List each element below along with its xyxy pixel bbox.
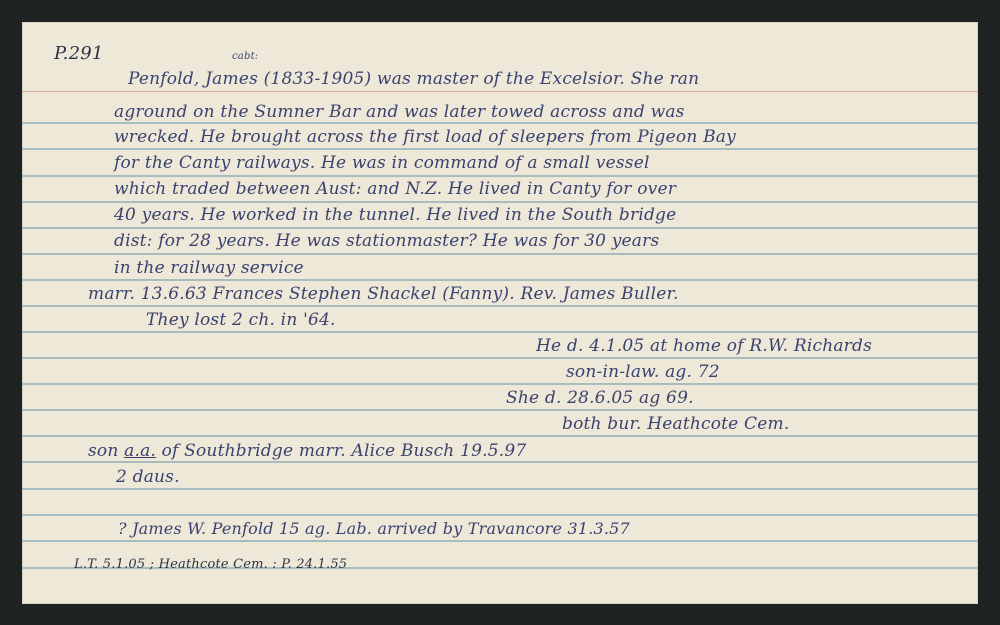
ruled-line — [22, 461, 978, 463]
ruled-line — [22, 331, 978, 333]
ruled-line — [22, 122, 978, 124]
ruled-line — [22, 148, 978, 150]
annotation-cabt: cabt: — [232, 47, 258, 67]
ruled-line — [22, 383, 978, 385]
ruled-line — [22, 227, 978, 229]
entry-line: which traded between Aust: and N.Z. He l… — [114, 179, 676, 199]
ruled-line — [22, 175, 978, 177]
entry-line: in the railway service — [114, 258, 304, 278]
entry-line: 40 years. He worked in the tunnel. He li… — [114, 205, 676, 225]
ruled-line — [22, 409, 978, 411]
header-rule — [22, 91, 978, 92]
ruled-line — [22, 435, 978, 437]
ruled-line — [22, 514, 978, 516]
ruled-line — [22, 201, 978, 203]
death-line: He d. 4.1.05 at home of R.W. Richards — [536, 336, 872, 356]
entry-line: Penfold, James (1833-1905) was master of… — [128, 69, 699, 89]
ruled-line — [22, 305, 978, 307]
footer-note: L.T. 5.1.05 ; Heathcote Cem. : P. 24.1.5… — [74, 555, 347, 575]
son-line: son a.a. of Southbridge marr. Alice Busc… — [88, 441, 526, 461]
son-prefix: son — [88, 441, 119, 461]
marriage-line: marr. 13.6.63 Frances Stephen Shackel (F… — [88, 284, 679, 304]
ruled-line — [22, 279, 978, 281]
page-reference: P.291 — [54, 44, 104, 64]
daughters-line: 2 daus. — [116, 467, 180, 487]
burial-line: both bur. Heathcote Cem. — [562, 414, 789, 434]
ruled-line — [22, 540, 978, 542]
death-line: She d. 28.6.05 ag 69. — [506, 388, 694, 408]
entry-line: dist: for 28 years. He was stationmaster… — [114, 231, 659, 251]
index-card: P.291 cabt: Penfold, James (1833-1905) w… — [22, 22, 978, 604]
entry-line: for the Canty railways. He was in comman… — [114, 153, 650, 173]
entry-line: wrecked. He brought across the first loa… — [114, 127, 736, 147]
ruled-line — [22, 488, 978, 490]
death-line: son-in-law. ag. 72 — [566, 362, 720, 382]
entry-line: aground on the Sumner Bar and was later … — [114, 102, 685, 122]
son-details: of Southbridge marr. Alice Busch 19.5.97 — [162, 441, 527, 461]
son-initials: a.a. — [124, 441, 156, 461]
children-lost-line: They lost 2 ch. in '64. — [146, 310, 336, 330]
ruled-line — [22, 357, 978, 359]
query-note: ? James W. Penfold 15 ag. Lab. arrived b… — [118, 519, 630, 539]
ruled-line — [22, 253, 978, 255]
